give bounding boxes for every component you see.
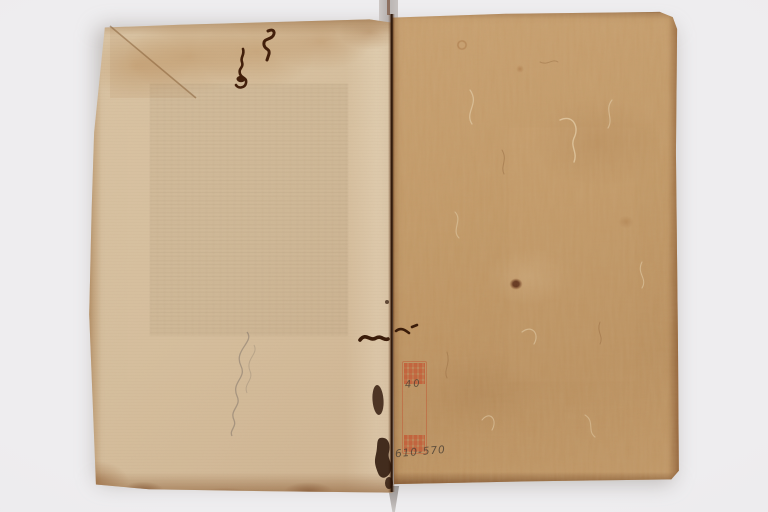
red-seal-stamp [402, 361, 427, 454]
right-page [390, 10, 680, 486]
book-photograph: 40 610-570 [0, 0, 768, 512]
left-page [88, 18, 394, 496]
right-page-edge-vignette [390, 10, 680, 486]
binding-ribbon-core [387, 0, 390, 15]
spine-gutter [388, 14, 395, 492]
pencil-annotation-number: 40 [404, 378, 422, 391]
left-page-grain [88, 18, 394, 496]
